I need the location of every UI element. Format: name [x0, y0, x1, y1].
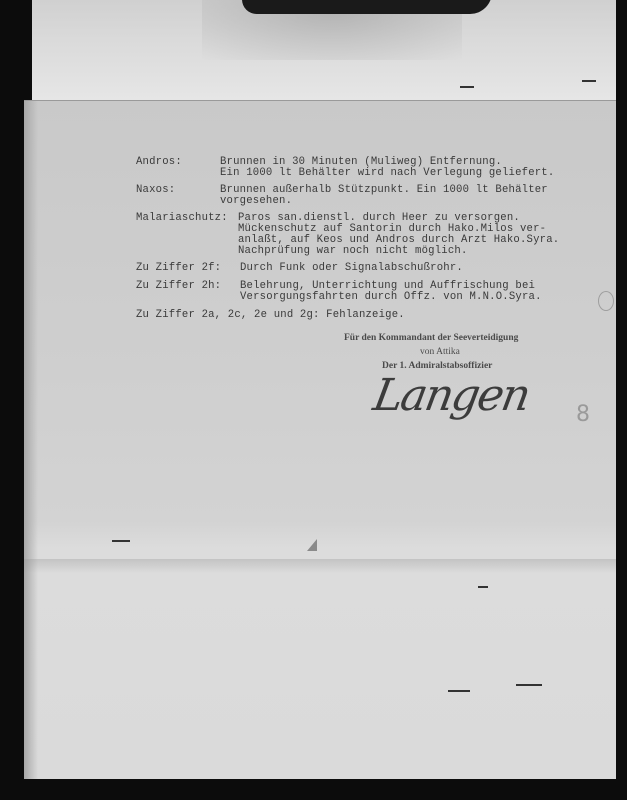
- speck: [460, 86, 474, 88]
- binding-shadow: [242, 0, 492, 14]
- speck: [478, 586, 488, 588]
- fold-line: [24, 559, 616, 573]
- punch-hole-mark: [598, 291, 614, 311]
- speck: [112, 540, 130, 542]
- entry-label-andros: Andros:: [136, 157, 182, 168]
- document-page: [24, 100, 616, 779]
- stamp-line-1: Für den Kommandant der Seeverteidigung: [344, 333, 518, 343]
- page-number: 8: [576, 402, 590, 427]
- entry-label-2f: Zu Ziffer 2f:: [136, 263, 221, 274]
- stamp-line-2: von Attika: [420, 347, 460, 357]
- entry-label-naxos: Naxos:: [136, 185, 175, 196]
- entry-label-malariaschutz: Malariaschutz:: [136, 213, 228, 224]
- page-edge-shadow: [24, 101, 38, 779]
- entry-text: Nachprüfung war noch nicht möglich.: [238, 246, 468, 257]
- handwritten-signature: Langen: [370, 370, 533, 421]
- entry-text: Versorgungsfahrten durch Offz. von M.N.O…: [240, 292, 542, 303]
- previous-page-edge: [32, 0, 616, 100]
- page-tab-mark: [307, 539, 317, 551]
- entry-text: Ein 1000 lt Behälter wird nach Verlegung…: [220, 168, 554, 179]
- entry-label-2h: Zu Ziffer 2h:: [136, 281, 221, 292]
- closing-line: Zu Ziffer 2a, 2c, 2e und 2g: Fehlanzeige…: [136, 310, 405, 321]
- speck: [448, 690, 470, 692]
- entry-text: vorgesehen.: [220, 196, 292, 207]
- speck: [582, 80, 596, 82]
- entry-text: Durch Funk oder Signalabschußrohr.: [240, 263, 463, 274]
- speck: [516, 684, 542, 686]
